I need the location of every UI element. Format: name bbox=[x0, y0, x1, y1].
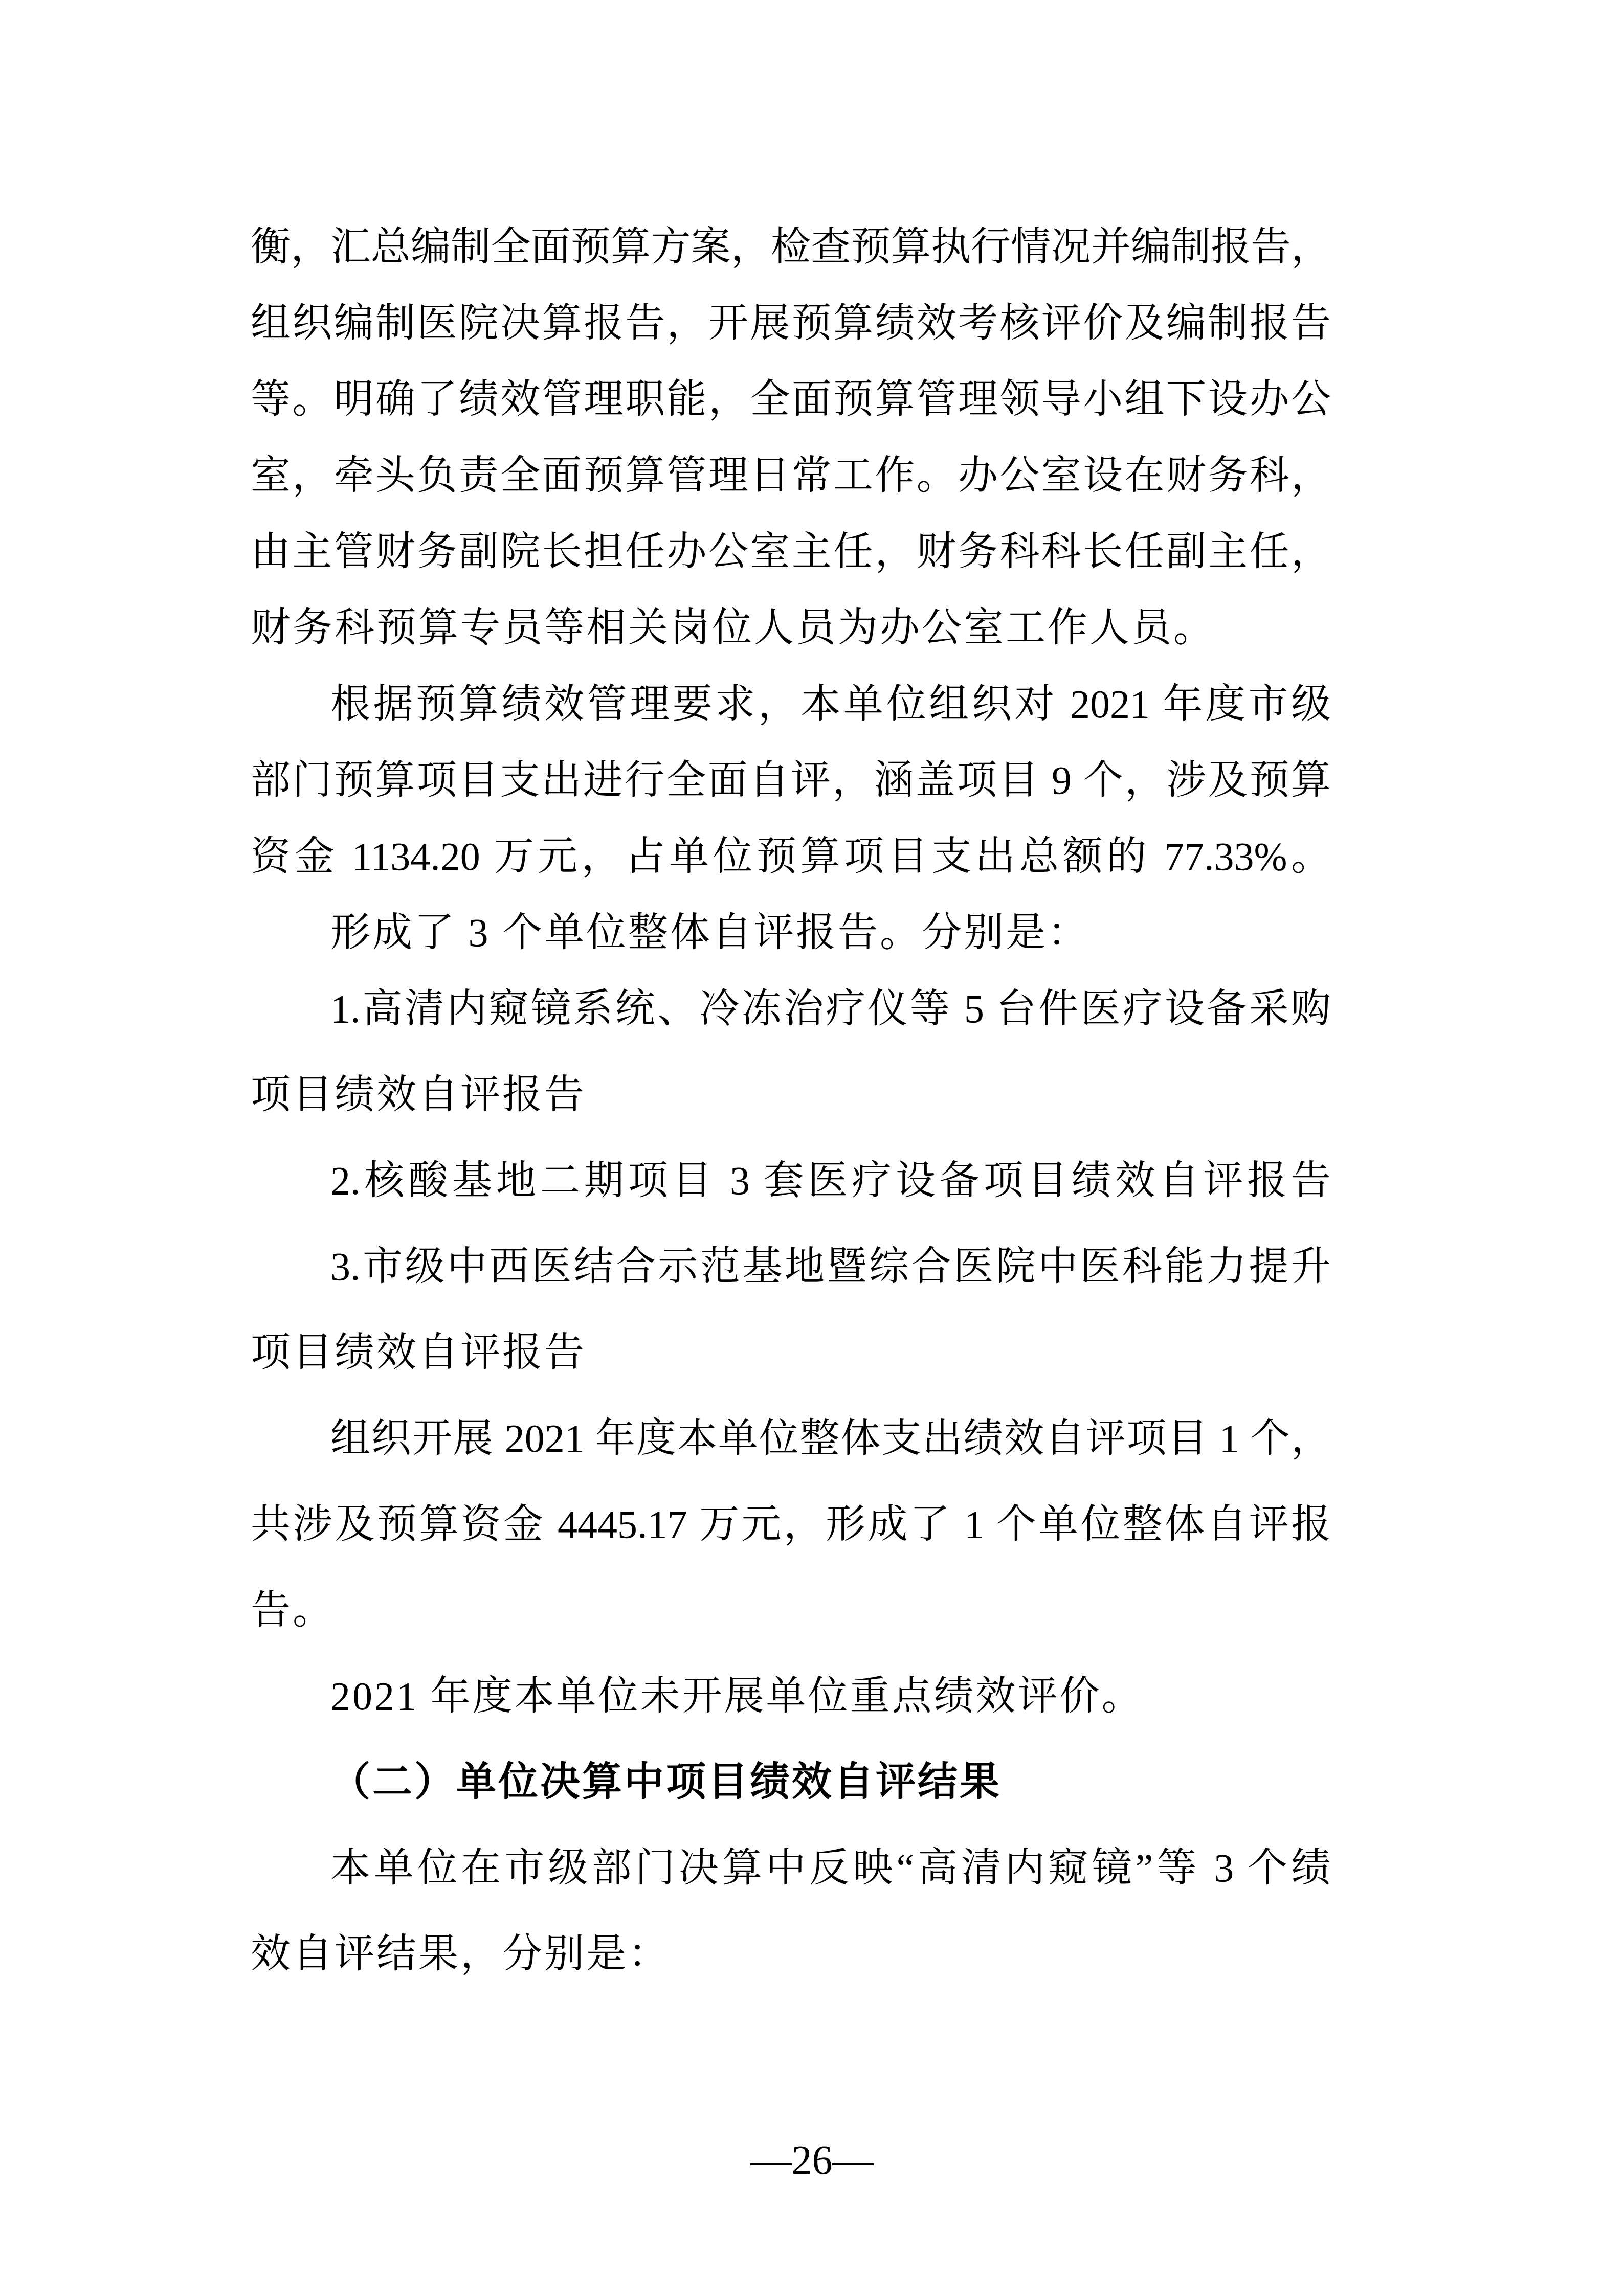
text-line: 共涉及预算资金 4445.17 万元，形成了 1 个单位整体自评报 bbox=[251, 1491, 1331, 1558]
text-line: 形成了 3 个单位整体自评报告。分别是： bbox=[251, 899, 1331, 966]
text-line: 组织开展 2021 年度本单位整体支出绩效自评项目 1 个， bbox=[251, 1405, 1331, 1472]
text-line: 等。明确了绩效管理职能，全面预算管理领导小组下设办公 bbox=[251, 366, 1331, 433]
text-line: 1.高清内窥镜系统、冷冻治疗仪等 5 台件医疗设备采购 bbox=[251, 975, 1331, 1043]
text-line: 项目绩效自评报告 bbox=[251, 1061, 1331, 1129]
text-line: 本单位在市级部门决算中反映“高清内窥镜”等 3 个绩 bbox=[251, 1834, 1331, 1902]
document-page: 衡，汇总编制全面预算方案，检查预算执行情况并编制报告， 组织编制医院决算报告，开… bbox=[0, 0, 1624, 2296]
text-line: 资金 1134.20 万元，占单位预算项目支出总额的 77.33%。 bbox=[251, 823, 1331, 890]
text-line: 效自评结果，分别是： bbox=[251, 1920, 1331, 1988]
text-line: 项目绩效自评报告 bbox=[251, 1319, 1331, 1386]
text-line: 根据预算绩效管理要求，本单位组织对 2021 年度市级 bbox=[251, 670, 1331, 738]
text-line: 3.市级中西医结合示范基地暨综合医院中医科能力提升 bbox=[251, 1233, 1331, 1300]
text-line: 由主管财务副院长担任办公室主任，财务科科长任副主任， bbox=[251, 518, 1331, 586]
text-line: 2021 年度本单位未开展单位重点绩效评价。 bbox=[251, 1662, 1331, 1730]
text-line: 组织编制医院决算报告，开展预算绩效考核评价及编制报告 bbox=[251, 289, 1331, 357]
text-line: 部门预算项目支出进行全面自评，涵盖项目 9 个，涉及预算 bbox=[251, 747, 1331, 814]
text-line: 告。 bbox=[251, 1577, 1331, 1644]
text-line: 2.核酸基地二期项目 3 套医疗设备项目绩效自评报告 bbox=[251, 1147, 1331, 1214]
text-line: 衡，汇总编制全面预算方案，检查预算执行情况并编制报告， bbox=[251, 213, 1331, 281]
section-heading: （二）单位决算中项目绩效自评结果 bbox=[251, 1748, 1331, 1816]
text-line: 室，牵头负责全面预算管理日常工作。办公室设在财务科， bbox=[251, 442, 1331, 509]
text-line: 财务科预算专员等相关岗位人员为办公室工作人员。 bbox=[251, 594, 1331, 662]
page-number: —26— bbox=[0, 2127, 1624, 2194]
